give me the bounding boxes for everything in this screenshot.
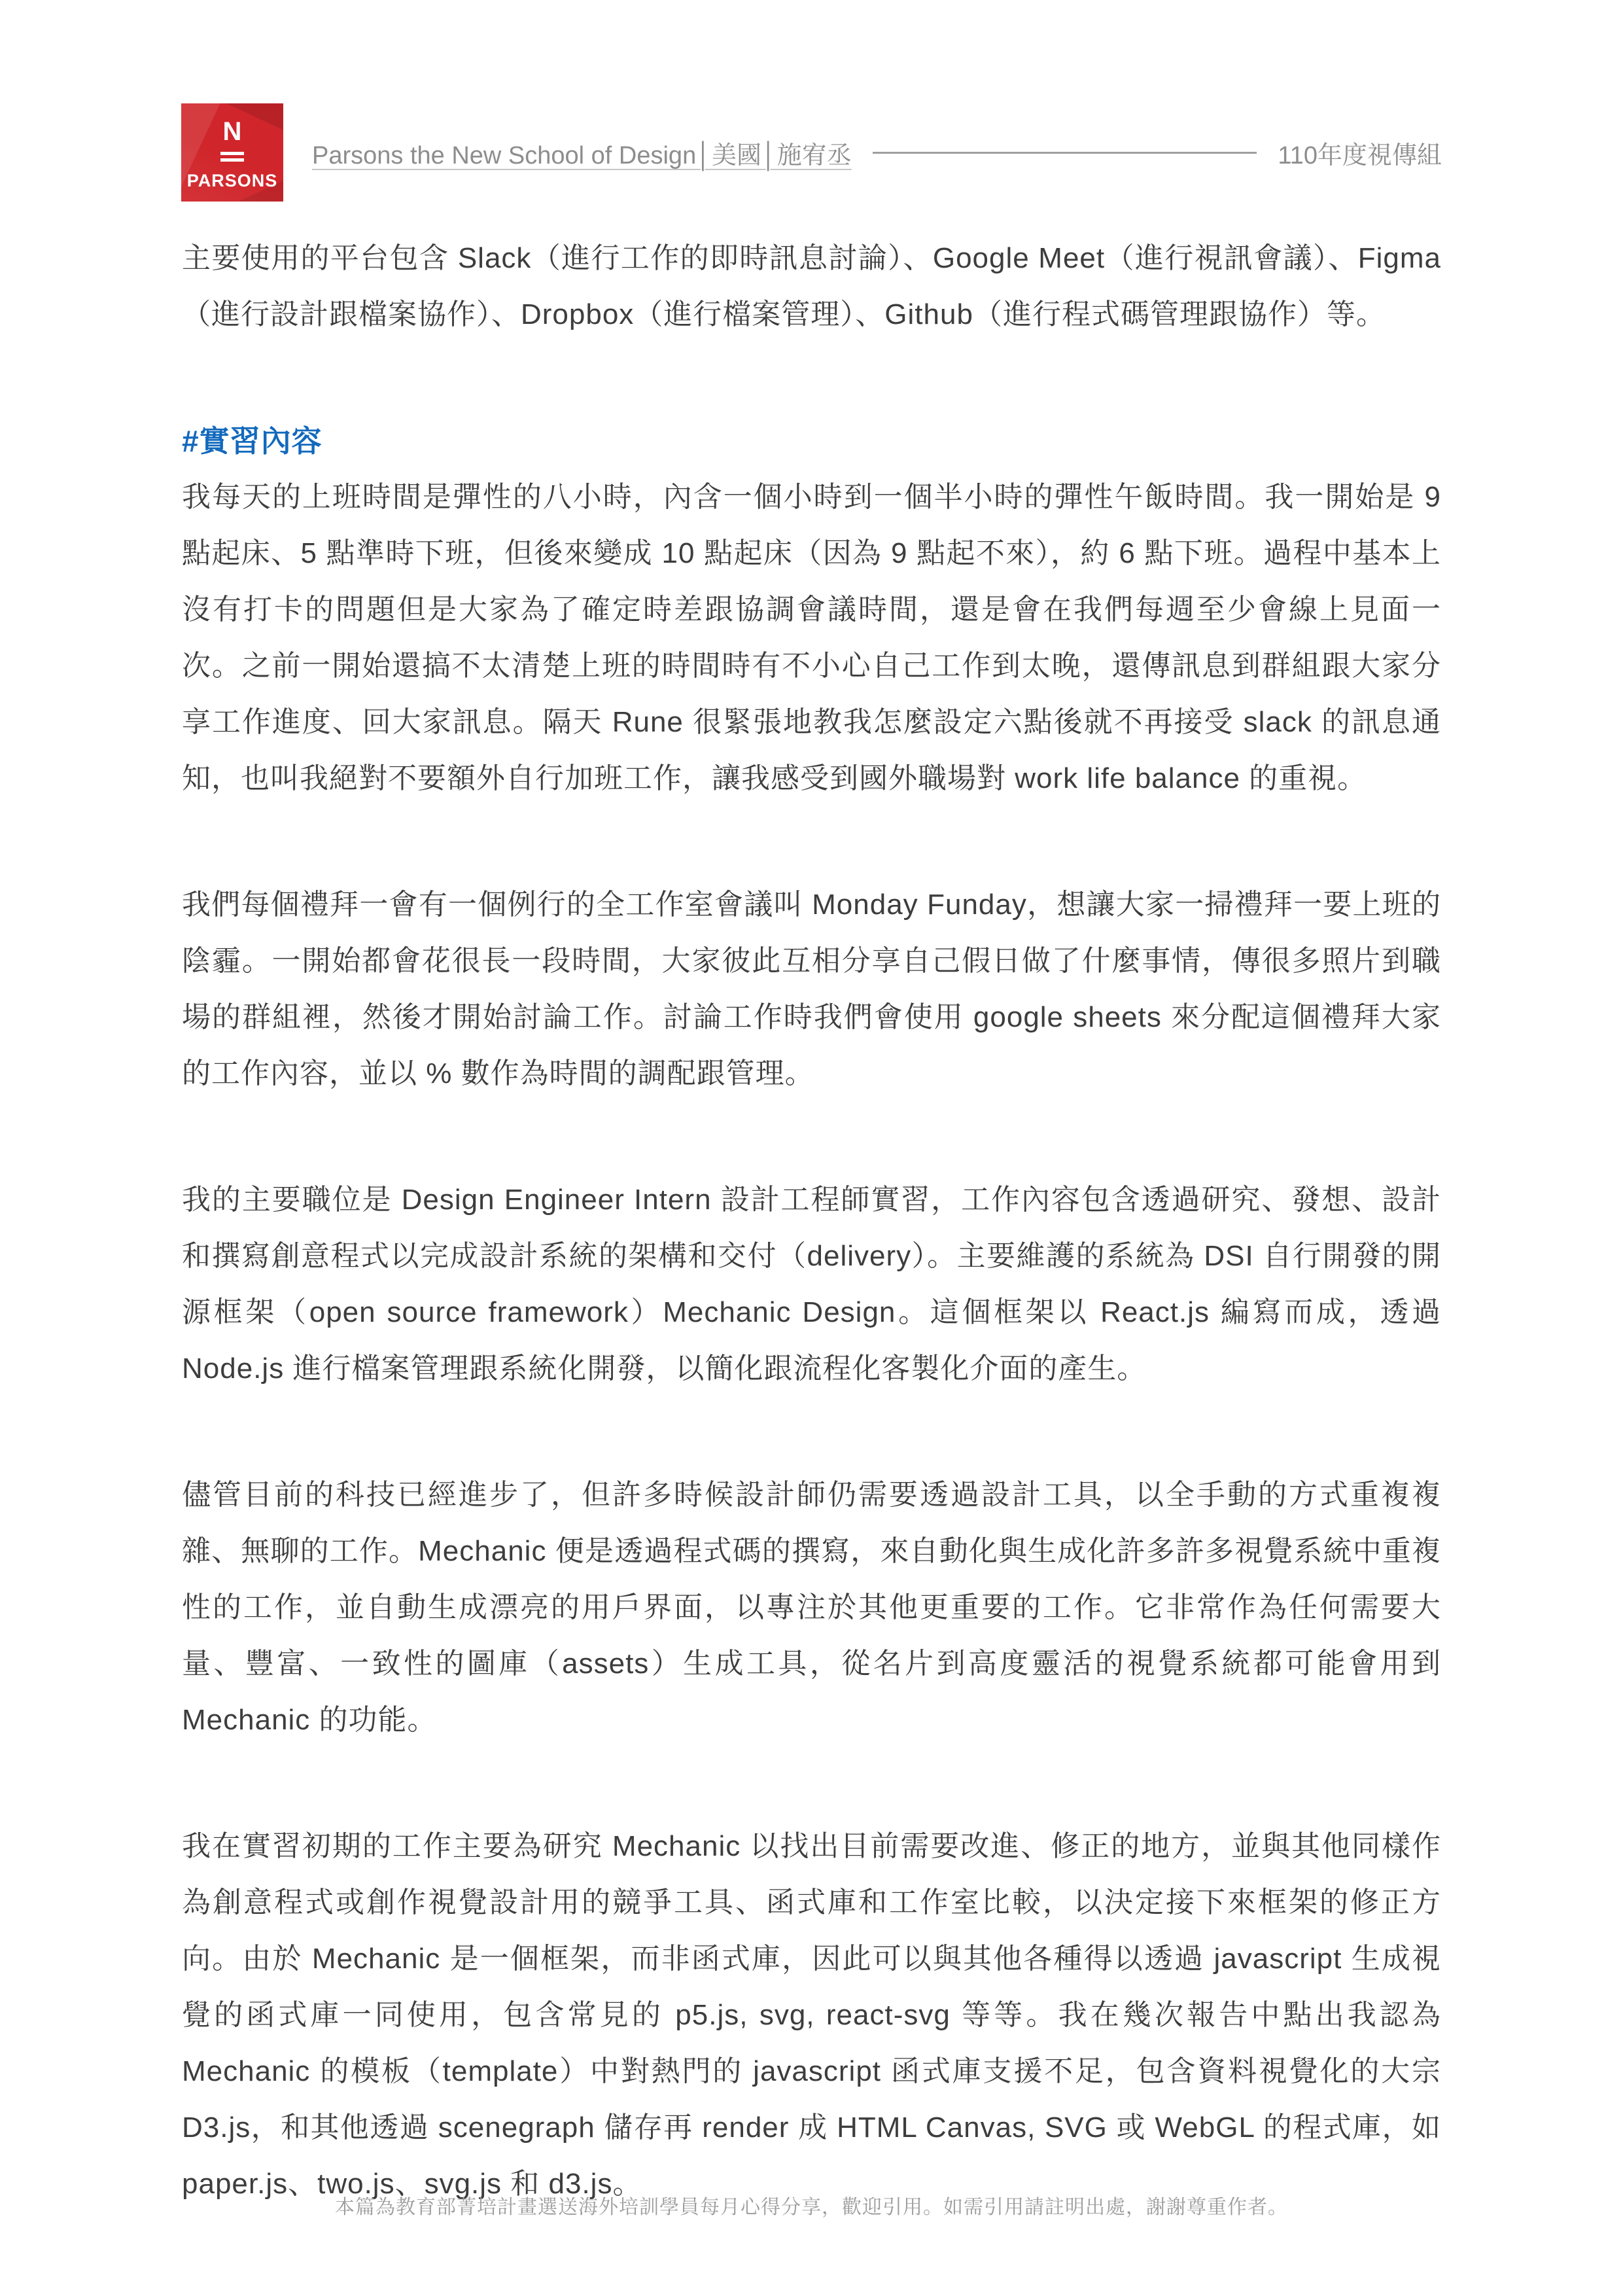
body-paragraph: 儘管目前的科技已經進步了，但許多時候設計師仍需要透過設計工具，以全手動的方式重複…	[182, 1467, 1441, 1748]
document-body: 主要使用的平台包含 Slack（進行工作的即時訊息討論）、Google Meet…	[182, 230, 1441, 2282]
page-header: N PARSONS Parsons the New School of Desi…	[181, 103, 1442, 202]
new-school-n-icon: N	[223, 118, 242, 145]
section-heading: #實習內容	[182, 413, 1441, 469]
cohort-label: 110年度視傳組	[1278, 135, 1442, 171]
header-divider	[873, 152, 1257, 154]
footer-note: 本篇為教育部菁培計畫選送海外培訓學員每月心得分享，歡迎引用。如需引用請註明出處，…	[0, 2191, 1623, 2219]
new-school-equals-icon	[220, 149, 244, 162]
parsons-logo: N PARSONS	[181, 103, 283, 202]
header-title: Parsons the New School of Design│美國│施宥丞	[312, 135, 852, 171]
parsons-wordmark: PARSONS	[187, 171, 278, 191]
body-paragraph: 我每天的上班時間是彈性的八小時，內含一個小時到一個半小時的彈性午飯時間。我一開始…	[182, 469, 1441, 807]
body-paragraph: 我在實習初期的工作主要為研究 Mechanic 以找出目前需要改進、修正的地方，…	[182, 1818, 1441, 2212]
body-paragraph: 我的主要職位是 Design Engineer Intern 設計工程師實習，工…	[182, 1172, 1441, 1397]
body-paragraph: 主要使用的平台包含 Slack（進行工作的即時訊息討論）、Google Meet…	[182, 230, 1441, 343]
body-paragraph: 我們每個禮拜一會有一個例行的全工作室會議叫 Monday Funday，想讓大家…	[182, 877, 1441, 1102]
